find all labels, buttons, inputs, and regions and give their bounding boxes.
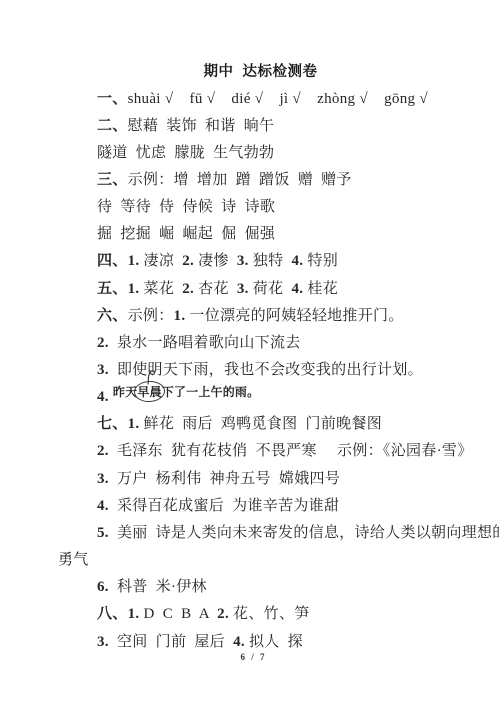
text-segment: 4. <box>97 498 109 514</box>
text-segment: 3. <box>97 471 109 487</box>
text-segment: D C B A <box>139 606 217 622</box>
answer-line: 6. 科普 米·伊林 <box>97 579 207 596</box>
text-segment: 示例： <box>128 308 174 324</box>
text-segment: 一位漂亮的阿姨轻轻地推开门。 <box>185 308 403 324</box>
text-segment: 掘 挖掘 崛 崛起 倔 倔强 <box>97 226 275 242</box>
deletion-curl-icon <box>144 367 158 385</box>
text-segment: 八、 <box>97 606 128 622</box>
text-segment: 鲜花 雨后 鸡鸭觅食图 门前晚餐图 <box>139 416 382 432</box>
text-segment: 2. <box>182 253 194 269</box>
answer-line: 3. 万户 杨利伟 神舟五号 嫦娥四号 <box>97 471 340 488</box>
text-segment: 空间 门前 屋后 <box>109 634 233 650</box>
text-segment: 特别 <box>303 253 338 269</box>
text-segment: 美丽 诗是人类向未来寄发的信息，诗给人类以朝向理想的 <box>109 525 499 541</box>
answer-line: 二、慰藉 装饰 和谐 晌午 <box>97 118 274 135</box>
text-segment: 一、 <box>97 91 128 107</box>
text-segment: 隧道 忧虑 朦胧 生气勃勃 <box>97 145 274 161</box>
text-segment: 4. <box>97 389 109 405</box>
answer-line: 隧道 忧虑 朦胧 生气勃勃 <box>97 145 274 162</box>
answer-line: 4. 昨天早晨下了一上午的雨。 <box>97 389 259 406</box>
answer-line: 2. 毛泽东 犹有花枝俏 不畏严寒 示例：《沁园春·雪》 <box>97 443 473 460</box>
text-segment: 六、 <box>97 308 128 324</box>
text-segment: 七、 <box>97 416 128 432</box>
text-segment: 万户 杨利伟 神舟五号 嫦娥四号 <box>109 471 340 487</box>
text-segment: 1. <box>128 253 140 269</box>
answer-line: 一、shuài √ fū √ dié √ jì √ zhòng √ gōng √ <box>97 91 428 108</box>
text-segment: 桂花 <box>303 281 338 297</box>
answer-line: 五、1. 菜花 2. 杏花 3. 荷花 4. 桂花 <box>97 281 338 298</box>
text-segment: 1. <box>128 416 140 432</box>
answer-line: 四、1. 凄凉 2. 凄惨 3. 独特 4. 特别 <box>97 253 338 270</box>
text-segment: 3. <box>237 253 249 269</box>
text-segment: 3. <box>237 281 249 297</box>
answer-line: 4. 采得百花成蜜后 为谁辛苦为谁甜 <box>97 498 339 515</box>
text-segment: 3. <box>97 362 109 378</box>
answer-line: 八、1. D C B A 2. 花、竹、笋 <box>97 606 310 623</box>
text-segment: 4. <box>291 281 303 297</box>
text-segment: 2. <box>97 443 109 459</box>
text-segment: 2. <box>182 281 194 297</box>
text-segment: 慰藉 装饰 和谐 晌午 <box>128 118 275 134</box>
text-segment: 花、竹、笋 <box>229 606 310 622</box>
text-segment: 凄凉 <box>139 253 182 269</box>
text-segment: 4. <box>233 634 245 650</box>
text-segment: 四、 <box>97 253 128 269</box>
document-page: 期中 达标检测卷 一、shuài √ fū √ dié √ jì √ zhòng… <box>0 0 499 706</box>
text-segment: 1. <box>174 308 186 324</box>
text-segment: 5. <box>97 525 109 541</box>
text-segment: 三、 <box>97 172 128 188</box>
text-segment: 4. <box>291 253 303 269</box>
text-segment: 菜花 <box>139 281 182 297</box>
text-segment: 凄惨 <box>194 253 237 269</box>
text-segment: 泉水一路唱着歌向山下流去 <box>109 335 301 351</box>
answer-line: 3. 空间 门前 屋后 4. 拟人 探 <box>97 634 303 651</box>
text-segment: 荷花 <box>249 281 292 297</box>
answer-line: 5. 美丽 诗是人类向未来寄发的信息，诗给人类以朝向理想的 <box>97 525 499 542</box>
text-segment: 毛泽东 犹有花枝俏 不畏严寒 示例：《沁园春·雪》 <box>109 443 473 459</box>
answer-line: 勇气 <box>58 552 89 569</box>
text-segment: 二、 <box>97 118 128 134</box>
text-segment: 1. <box>128 281 140 297</box>
answer-line: 掘 挖掘 崛 崛起 倔 倔强 <box>97 226 275 243</box>
text-segment: 采得百花成蜜后 为谁辛苦为谁甜 <box>109 498 339 514</box>
text-segment: 2. <box>97 335 109 351</box>
text-segment: 拟人 探 <box>245 634 303 650</box>
text-segment: 2. <box>217 606 229 622</box>
text-segment: shuài √ fū √ dié √ jì √ zhòng √ gōng √ <box>128 91 428 107</box>
text-segment: 下了一上午的雨。 <box>162 385 260 399</box>
answer-lines: 一、shuài √ fū √ dié √ jì √ zhòng √ gōng √… <box>0 0 499 706</box>
text-segment: 科普 米·伊林 <box>109 579 207 595</box>
text-segment: 示例：增 增加 蹭 蹭饭 赠 赠予 <box>128 172 352 188</box>
page-number: 6 / 7 <box>0 652 499 662</box>
text-segment: 五、 <box>97 281 128 297</box>
text-segment: 6. <box>97 579 109 595</box>
text-segment: 待 等待 侍 侍候 诗 诗歌 <box>97 199 275 215</box>
text-segment: 独特 <box>249 253 292 269</box>
text-segment: 1. <box>128 606 140 622</box>
answer-line: 三、示例：增 增加 蹭 蹭饭 赠 赠予 <box>97 172 352 189</box>
answer-line: 2. 泉水一路唱着歌向山下流去 <box>97 335 301 352</box>
text-segment: 3. <box>97 634 109 650</box>
answer-line: 待 等待 侍 侍候 诗 诗歌 <box>97 199 275 216</box>
text-segment: 杏花 <box>194 281 237 297</box>
answer-line: 六、示例：1. 一位漂亮的阿姨轻轻地推开门。 <box>97 308 404 325</box>
text-segment: 勇气 <box>58 552 89 568</box>
answer-line: 七、1. 鲜花 雨后 鸡鸭觅食图 门前晚餐图 <box>97 416 382 433</box>
deletion-marked-text: 早晨 <box>137 384 161 401</box>
